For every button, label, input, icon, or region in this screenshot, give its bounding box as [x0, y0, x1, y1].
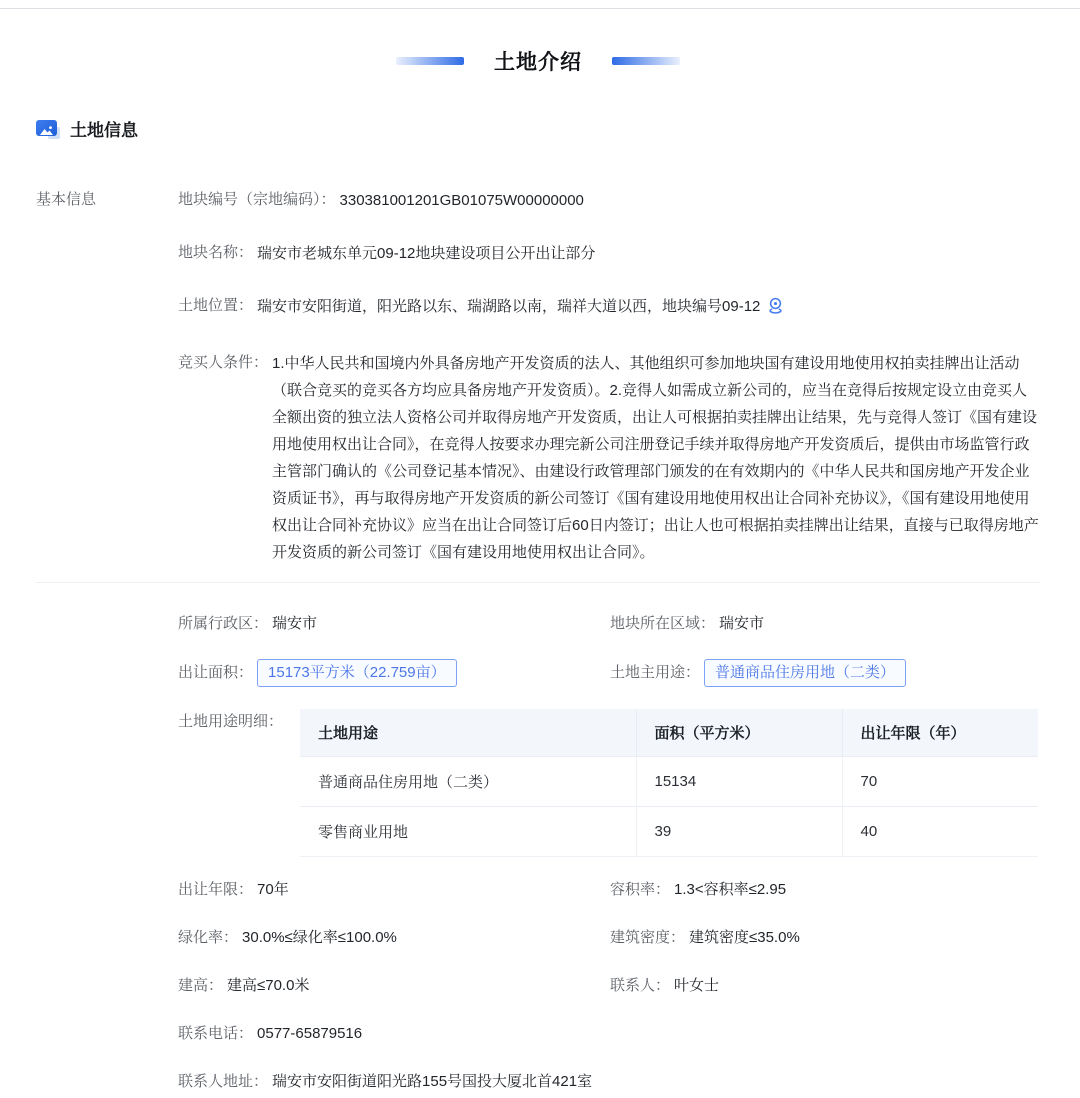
- field-label: 联系人地址：: [178, 1073, 268, 1090]
- field-label: 建高：: [178, 977, 223, 994]
- field-label: 联系人：: [610, 977, 670, 994]
- field-label: 地块名称：: [178, 240, 253, 267]
- field-value: 叶女士: [674, 977, 719, 994]
- field-label: 建筑密度：: [610, 929, 685, 946]
- field-value: 330381001201GB01075W00000000: [340, 187, 1040, 214]
- row-height-contact: 建高：建高≤70.0米 联系人：叶女士: [178, 973, 1040, 999]
- field-row-bidder-conditions: 竞买人条件： 1.中华人民共和国境内外具备房地产开发资质的法人、其他组织可参加地…: [178, 350, 1040, 566]
- row-green-density: 绿化率：30.0%≤绿化率≤100.0% 建筑密度：建筑密度≤35.0%: [178, 925, 1040, 951]
- field-building-height: 建高：建高≤70.0米: [178, 973, 610, 999]
- column-header-area: 面积（平方米）: [636, 709, 842, 757]
- field-value: 1.中华人民共和国境内外具备房地产开发资质的法人、其他组织可参加地块国有建设用地…: [272, 350, 1040, 566]
- field-row-parcel-code: 地块编号（宗地编码）： 330381001201GB01075W00000000: [178, 187, 1040, 214]
- table-cell: 70: [842, 757, 1038, 807]
- table-cell: 15134: [636, 757, 842, 807]
- table-row: 普通商品住房用地（二类） 15134 70: [300, 757, 1038, 807]
- land-intro-page: 土地介绍 土地信息 基本信息 地块编号（宗地编码）： 330381001201G…: [0, 0, 1080, 1095]
- table-cell: 普通商品住房用地（二类）: [300, 757, 636, 807]
- field-contact-address: 联系人地址：瑞安市安阳街道阳光路155号国投大厦北首421室: [178, 1069, 1040, 1095]
- field-value: 1.3<容积率≤2.95: [674, 881, 786, 898]
- field-label: 联系电话：: [178, 1025, 253, 1042]
- field-contact-person: 联系人：叶女士: [610, 973, 1040, 999]
- row-regions: 所属行政区：瑞安市 地块所在区域：瑞安市: [178, 611, 1040, 637]
- field-label: 出让年限：: [178, 881, 253, 898]
- field-label: 土地位置：: [178, 293, 253, 324]
- field-value: 30.0%≤绿化率≤100.0%: [242, 929, 397, 946]
- field-building-density: 建筑密度：建筑密度≤35.0%: [610, 925, 1040, 951]
- row-land-use-detail: 土地用途明细： 土地用途 面积（平方米） 出让年限（年） 普通商品住房用地（二类…: [178, 709, 1040, 857]
- field-row-parcel-name: 地块名称： 瑞安市老城东单元09-12地块建设项目公开出让部分: [178, 240, 1040, 267]
- field-green-ratio: 绿化率：30.0%≤绿化率≤100.0%: [178, 925, 610, 951]
- row-years-ratio: 出让年限：70年 容积率：1.3<容积率≤2.95: [178, 877, 1040, 903]
- field-label: 地块所在区域：: [610, 615, 715, 632]
- field-value: 建筑密度≤35.0%: [689, 929, 800, 946]
- field-label: 竞买人条件：: [178, 350, 268, 566]
- field-main-use: 土地主用途：普通商品住房用地（二类）: [610, 659, 1040, 687]
- field-value: 70年: [257, 881, 289, 898]
- land-info-section-header: 土地信息: [36, 116, 1040, 141]
- field-value: 瑞安市: [272, 615, 317, 632]
- field-value: 瑞安市: [719, 615, 764, 632]
- table-cell: 39: [636, 807, 842, 857]
- field-value: 建高≤70.0米: [227, 977, 309, 994]
- land-use-table: 土地用途 面积（平方米） 出让年限（年） 普通商品住房用地（二类） 15134 …: [300, 709, 1038, 857]
- table-cell: 零售商业用地: [300, 807, 636, 857]
- field-label: 地块编号（宗地编码）：: [178, 187, 336, 214]
- field-label: 所属行政区：: [178, 615, 268, 632]
- field-row-land-location: 土地位置： 瑞安市安阳街道，阳光路以东、瑞湖路以南，瑞祥大道以西，地块编号09-…: [178, 293, 1040, 324]
- field-plot-ratio: 容积率：1.3<容积率≤2.95: [610, 877, 1040, 903]
- field-label: 绿化率：: [178, 929, 238, 946]
- field-label: 出让面积：: [178, 664, 253, 681]
- details-block: 所属行政区：瑞安市 地块所在区域：瑞安市 出让面积：15173平方米（22.75…: [36, 611, 1040, 1095]
- title-decoration-right: [612, 57, 680, 65]
- field-transfer-years: 出让年限：70年: [178, 877, 610, 903]
- field-value: 瑞安市安阳街道，阳光路以东、瑞湖路以南，瑞祥大道以西，地块编号09-12: [257, 293, 1040, 324]
- title-decoration-left: [396, 57, 464, 65]
- basic-info-fields: 地块编号（宗地编码）： 330381001201GB01075W00000000…: [178, 187, 1040, 566]
- field-contact-phone: 联系电话：0577-65879516: [178, 1021, 1040, 1047]
- page-title: 土地介绍: [494, 46, 582, 76]
- column-header-land-use: 土地用途: [300, 709, 636, 757]
- row-area-use: 出让面积：15173平方米（22.759亩） 土地主用途：普通商品住房用地（二类…: [178, 659, 1040, 687]
- section-title: 土地信息: [70, 116, 138, 141]
- field-value: 瑞安市老城东单元09-12地块建设项目公开出让部分: [257, 240, 1040, 267]
- field-label: 容积率：: [610, 881, 670, 898]
- field-transfer-area: 出让面积：15173平方米（22.759亩）: [178, 659, 610, 687]
- location-pin-icon[interactable]: [766, 296, 785, 324]
- group-label-basic-info: 基本信息: [36, 187, 178, 566]
- field-label-use-detail: 土地用途明细：: [178, 709, 300, 857]
- table-cell: 40: [842, 807, 1038, 857]
- column-header-years: 出让年限（年）: [842, 709, 1038, 757]
- field-value: 瑞安市安阳街道阳光路155号国投大厦北首421室: [272, 1073, 592, 1090]
- page-title-bar: 土地介绍: [36, 0, 1040, 76]
- main-use-badge: 普通商品住房用地（二类）: [704, 659, 906, 687]
- field-label: 土地主用途：: [610, 664, 700, 681]
- transfer-area-badge: 15173平方米（22.759亩）: [257, 659, 457, 687]
- image-icon: [36, 119, 60, 139]
- basic-info-block: 基本信息 地块编号（宗地编码）： 330381001201GB01075W000…: [36, 187, 1040, 566]
- table-row: 零售商业用地 39 40: [300, 807, 1038, 857]
- field-admin-region: 所属行政区：瑞安市: [178, 611, 610, 637]
- table-header-row: 土地用途 面积（平方米） 出让年限（年）: [300, 709, 1038, 757]
- section-divider: [36, 582, 1040, 583]
- field-value: 0577-65879516: [257, 1025, 362, 1042]
- field-block-region: 地块所在区域：瑞安市: [610, 611, 1040, 637]
